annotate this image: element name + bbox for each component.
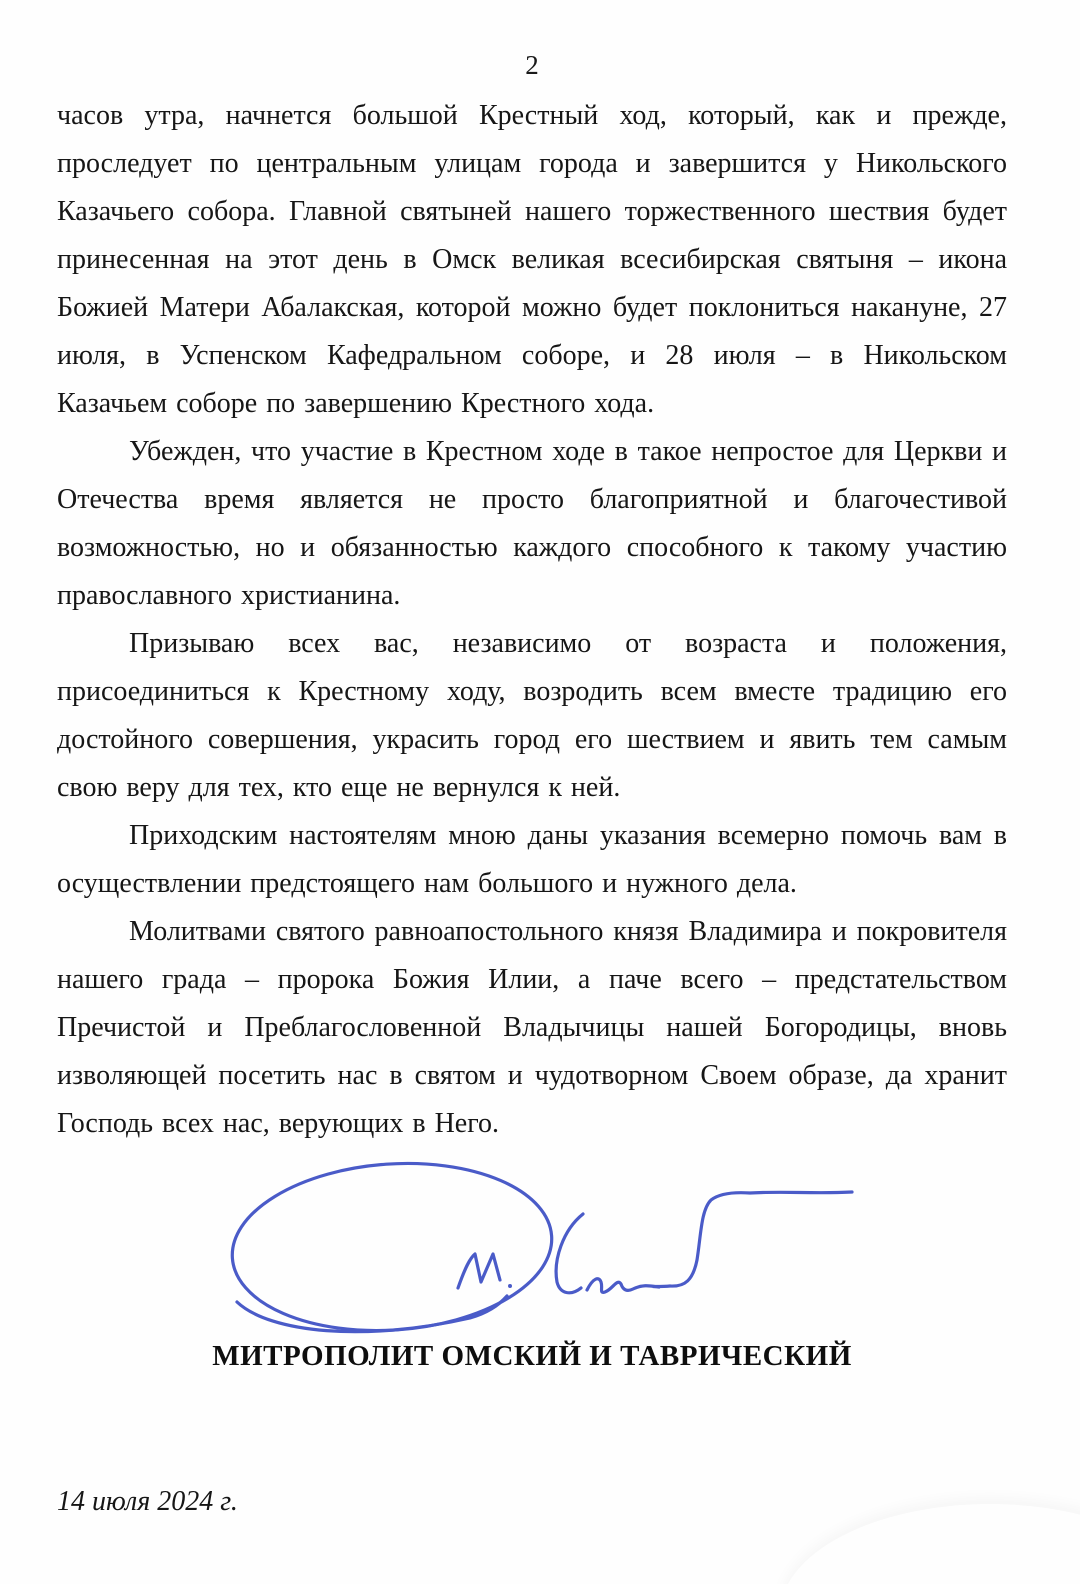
signature-autograph-icon [215, 1150, 875, 1340]
paragraph-procession: часов утра, начнется большой Крестный хо… [57, 92, 1007, 428]
document-page: 2 часов утра, начнется большой Крестный … [0, 0, 1080, 1584]
paragraph-instructions: Приходским настоятелям мною даны указани… [57, 812, 1007, 908]
paragraph-prayers: Молитвами святого равноапостольного княз… [57, 908, 1007, 1148]
letter-body: часов утра, начнется большой Крестный хо… [57, 92, 1007, 1148]
paragraph-call: Призываю всех вас, независимо от возраст… [57, 620, 1007, 812]
date-line: 14 июля 2024 г. [57, 1486, 238, 1518]
paragraph-conviction: Убежден, что участие в Крестном ходе в т… [57, 428, 1007, 620]
signature-strokes [227, 1153, 852, 1340]
signatory-title: МИТРОПОЛИТ ОМСКИЙ И ТАВРИЧЕСКИЙ [57, 1340, 1007, 1373]
page-number: 2 [57, 50, 1007, 81]
